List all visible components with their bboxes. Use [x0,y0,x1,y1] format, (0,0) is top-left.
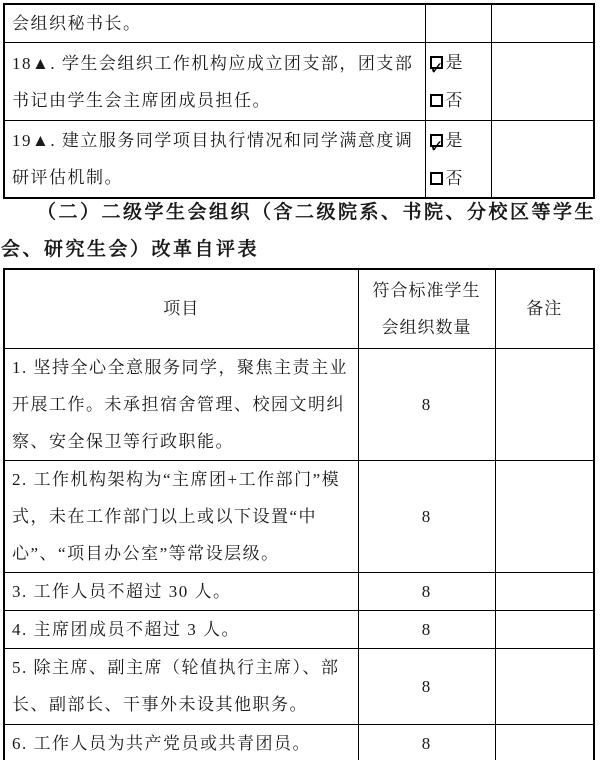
check-mark-icon: ✓ [430,51,444,88]
answer-cell-empty [425,4,491,43]
table-row: 5. 除主席、副主席（轮值执行主席）、部长、副部长、干事外未设其他职务。 8 [4,648,594,724]
checkbox-unchecked-icon[interactable] [430,94,443,107]
yes-label: 是 [446,44,463,81]
table-row: 1. 坚持全心全意服务同学，聚焦主责主业开展工作。未承担宿舍管理、校园文明纠察、… [4,348,594,460]
checklist-item-continuation: 会组织秘书长。 [4,4,425,43]
answer-cell-18: ✓是 否 [425,43,491,121]
table-row: 19▲. 建立服务同学项目执行情况和同学满意度调研评估机制。 ✓是 否 [4,121,594,199]
eval-item-3: 3. 工作人员不超过 30 人。 [4,572,358,610]
document-page: { "document": { "background": "#ffffff",… [0,0,600,760]
table-row: 6. 工作人员为共产党员或共青团员。 8 [4,724,594,760]
yes-option[interactable]: ✓是 [430,121,487,159]
section-heading: （二）二级学生会组织（含二级院系、书院、分校区等学生会、研究生会）改革自评表 [1,194,600,268]
count-value-5: 8 [358,648,495,724]
eval-item-5: 5. 除主席、副主席（轮值执行主席）、部长、副部长、干事外未设其他职务。 [4,648,358,724]
column-header-count: 符合标准学生会组织数量 [358,269,495,348]
table-row: 18▲. 学生会组织工作机构应成立团支部，团支部书记由学生会主席团成员担任。 ✓… [4,43,594,121]
count-value-2: 8 [358,460,495,572]
yes-label: 是 [446,122,463,159]
checkbox-checked-icon[interactable]: ✓ [430,134,443,147]
count-value-6: 8 [358,724,495,760]
check-mark-icon: ✓ [430,129,444,166]
column-header-item: 项目 [4,269,358,348]
remark-cell [495,348,594,460]
remark-cell [495,460,594,572]
table-row: 会组织秘书长。 [4,4,594,43]
remark-cell [495,724,594,760]
answer-cell-19: ✓是 否 [425,121,491,199]
yes-option[interactable]: ✓是 [430,44,487,82]
eval-item-6: 6. 工作人员为共产党员或共青团员。 [4,724,358,760]
checklist-table: 会组织秘书长。 18▲. 学生会组织工作机构应成立团支部，团支部书记由学生会主席… [3,3,595,199]
remark-cell [495,572,594,610]
remark-cell [491,43,594,121]
count-value-1: 8 [358,348,495,460]
checkbox-unchecked-icon[interactable] [430,172,443,185]
table-row: 4. 主席团成员不超过 3 人。 8 [4,610,594,648]
table-row: 2. 工作机构架构为“主席团+工作部门”模式，未在工作部门以上或以下设置“中心”… [4,460,594,572]
self-evaluation-table: 项目 符合标准学生会组织数量 备注 1. 坚持全心全意服务同学，聚焦主责主业开展… [3,268,595,760]
checkbox-checked-icon[interactable]: ✓ [430,56,443,69]
remark-cell [495,648,594,724]
remark-cell [495,610,594,648]
eval-item-1: 1. 坚持全心全意服务同学，聚焦主责主业开展工作。未承担宿舍管理、校园文明纠察、… [4,348,358,460]
checklist-item-19: 19▲. 建立服务同学项目执行情况和同学满意度调研评估机制。 [4,121,425,199]
column-header-remark: 备注 [495,269,594,348]
no-label: 否 [446,160,463,197]
eval-item-4: 4. 主席团成员不超过 3 人。 [4,610,358,648]
count-value-4: 8 [358,610,495,648]
eval-item-2: 2. 工作机构架构为“主席团+工作部门”模式，未在工作部门以上或以下设置“中心”… [4,460,358,572]
checklist-item-18: 18▲. 学生会组织工作机构应成立团支部，团支部书记由学生会主席团成员担任。 [4,43,425,121]
remark-cell [491,4,594,43]
remark-cell [491,121,594,199]
table-row: 3. 工作人员不超过 30 人。 8 [4,572,594,610]
table-header-row: 项目 符合标准学生会组织数量 备注 [4,269,594,348]
count-value-3: 8 [358,572,495,610]
no-label: 否 [446,82,463,119]
